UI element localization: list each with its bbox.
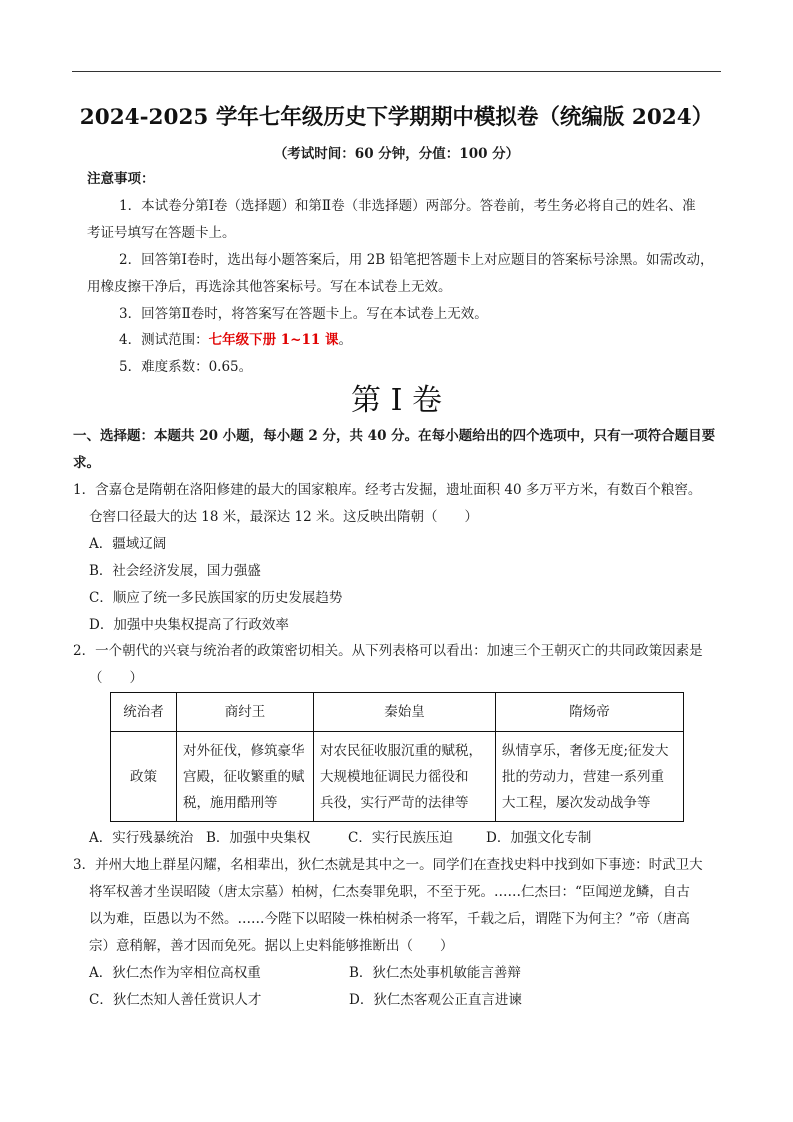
cell-line: 批的劳动力，营建一系列重 bbox=[502, 764, 677, 790]
table-cell-shang-zhou: 对外征伐，修筑豪华 宫殿，征收繁重的赋 税，施用酷刑等 bbox=[177, 732, 314, 822]
section-instruction-line1: 一、选择题：本题共 20 小题，每小题 2 分，共 40 分。在每小题给出的四个… bbox=[73, 427, 715, 445]
table-header-shang-zhou: 商纣王 bbox=[177, 693, 314, 732]
question-1-stem-line1: 1．含嘉仓是隋朝在洛阳修建的最大的国家粮库。经考古发掘，遗址面积 40 多万平方… bbox=[73, 481, 701, 499]
section-heading: 第 I 卷 bbox=[60, 381, 733, 421]
question-1-option-a: A．疆域辽阔 bbox=[89, 535, 166, 553]
question-2-option-d: D．加强文化专制 bbox=[486, 829, 591, 847]
question-2-option-a: A．实行残暴统治 bbox=[89, 829, 193, 847]
table-header-row: 统治者 商纣王 秦始皇 隋炀帝 bbox=[111, 693, 684, 732]
notice-item-5: 5．难度系数：0.65。 bbox=[119, 358, 252, 376]
cell-line: 对农民征收服沉重的赋税， bbox=[320, 738, 489, 764]
table-cell-qin-shihuang: 对农民征收服沉重的赋税， 大规模地征调民力徭役和 兵役，实行严苛的法律等 bbox=[314, 732, 496, 822]
question-3-option-b: B．狄仁杰处事机敏能言善辩 bbox=[349, 964, 521, 982]
ruler-policy-table: 统治者 商纣王 秦始皇 隋炀帝 政策 对外征伐，修筑豪华 宫殿，征收繁重的赋 税… bbox=[110, 692, 684, 822]
header-rule bbox=[72, 71, 721, 72]
notice-item-2-line1: 2．回答第Ⅰ卷时，选出每小题答案后，用 2B 铅笔把答题卡上对应题目的答案标号涂… bbox=[119, 251, 714, 269]
test-scope-highlight: 七年级下册 1~11 课 bbox=[209, 332, 339, 348]
question-1-option-d: D．加强中央集权提高了行政效率 bbox=[89, 616, 289, 634]
table-row: 政策 对外征伐，修筑豪华 宫殿，征收繁重的赋 税，施用酷刑等 对农民征收服沉重的… bbox=[111, 732, 684, 822]
question-2-option-b: B．加强中央集权 bbox=[206, 829, 310, 847]
question-3-option-a: A．狄仁杰作为宰相位高权重 bbox=[89, 964, 261, 982]
question-2-stem-line2: （ ） bbox=[89, 669, 143, 687]
notice-heading: 注意事项： bbox=[87, 170, 155, 188]
table-row-label: 政策 bbox=[111, 732, 177, 822]
question-3-stem-line3: 以为难，臣愚以为不然。……今陛下以昭陵一株柏树杀一将军，千载之后，谓陛下为何主？… bbox=[89, 910, 690, 928]
document-title: 2024-2025 学年七年级历史下学期期中模拟卷（统编版 2024） bbox=[60, 100, 733, 131]
table-header-sui-yangdi: 隋炀帝 bbox=[496, 693, 684, 732]
cell-line: 宫殿，征收繁重的赋 bbox=[183, 764, 307, 790]
cell-line: 大工程，屡次发动战争等 bbox=[502, 790, 677, 816]
question-3-stem-line4: 宗）意稍解，善才因而免死。据以上史料能够推断出（ ） bbox=[89, 937, 454, 955]
question-1-option-b: B．社会经济发展，国力强盛 bbox=[89, 562, 261, 580]
section-instruction-line2: 求。 bbox=[73, 454, 100, 472]
notice-item-4-suffix: 。 bbox=[339, 332, 353, 348]
question-3-option-d: D．狄仁杰客观公正直言进谏 bbox=[349, 991, 522, 1009]
cell-line: 纵情享乐，奢侈无度;征发大 bbox=[502, 738, 677, 764]
notice-item-4-prefix: 4．测试范围： bbox=[119, 332, 209, 348]
question-3-stem-line2: 将军权善才坐误昭陵（唐太宗墓）柏树，仁杰奏罪免职，不至于死。……仁杰曰：“臣闻逆… bbox=[89, 883, 690, 901]
question-1-option-c: C．顺应了统一多民族国家的历史发展趋势 bbox=[89, 589, 342, 607]
notice-item-1-line1: 1．本试卷分第Ⅰ卷（选择题）和第Ⅱ卷（非选择题）两部分。答卷前，考生务必将自己的… bbox=[119, 197, 696, 215]
cell-line: 大规模地征调民力徭役和 bbox=[320, 764, 489, 790]
table-cell-sui-yangdi: 纵情享乐，奢侈无度;征发大 批的劳动力，营建一系列重 大工程，屡次发动战争等 bbox=[496, 732, 684, 822]
question-2-option-c: C．实行民族压迫 bbox=[348, 829, 453, 847]
question-2-stem-line1: 2．一个朝代的兴衰与统治者的政策密切相关。从下列表格可以看出：加速三个王朝灭亡的… bbox=[73, 642, 703, 660]
cell-line: 对外征伐，修筑豪华 bbox=[183, 738, 307, 764]
cell-line: 税，施用酷刑等 bbox=[183, 790, 307, 816]
question-1-stem-line2: 仓窖口径最大的达 18 米，最深达 12 米。这反映出隋朝（ ） bbox=[89, 508, 478, 526]
notice-item-2-line2: 用橡皮擦干净后，再选涂其他答案标号。写在本试卷上无效。 bbox=[87, 278, 452, 296]
notice-item-4: 4．测试范围：七年级下册 1~11 课。 bbox=[119, 331, 352, 349]
question-3-stem-line1: 3．并州大地上群星闪耀，名相辈出，狄仁杰就是其中之一。同学们在查找史料中找到如下… bbox=[73, 856, 703, 874]
question-3-option-c: C．狄仁杰知人善任赏识人才 bbox=[89, 991, 261, 1009]
notice-item-3: 3．回答第Ⅱ卷时，将答案写在答题卡上。写在本试卷上无效。 bbox=[119, 305, 488, 323]
table-header-qin-shihuang: 秦始皇 bbox=[314, 693, 496, 732]
notice-item-1-line2: 考证号填写在答题卡上。 bbox=[87, 224, 236, 242]
cell-line: 兵役，实行严苛的法律等 bbox=[320, 790, 489, 816]
document-subtitle: （考试时间：60 分钟，分值：100 分） bbox=[60, 142, 733, 162]
table-header-ruler: 统治者 bbox=[111, 693, 177, 732]
